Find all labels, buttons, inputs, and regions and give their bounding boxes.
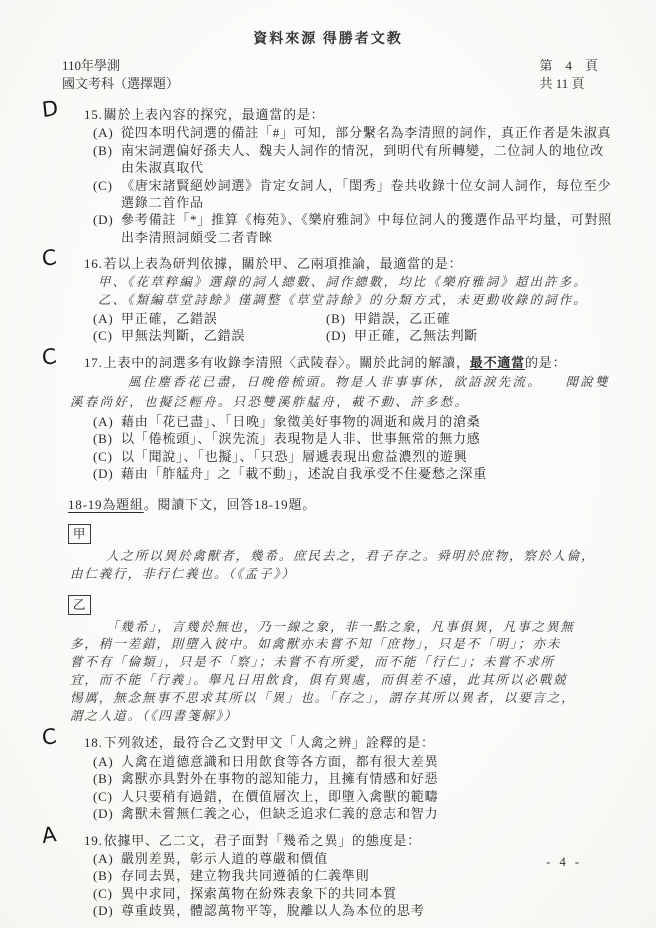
- option-label: (B): [93, 770, 121, 787]
- question-15: D 15.關於上表內容的探究，最適當的是： (A)從四本明代詞選的備註「#」可知…: [34, 106, 614, 246]
- question-16-body: 16.若以上表為研判依據，關於甲、乙兩項推論，最適當的是： 甲、《花草粹編》選錄…: [84, 255, 614, 344]
- wulingchun-poem: 風住塵香花已盡，日晚倦梳頭。物是人非事事休，欲語淚先流。 聞說雙 溪春尚好，也擬…: [70, 373, 614, 412]
- option-text: 甲無法判斷，乙錯誤: [121, 327, 245, 344]
- scanned-exam-page: 資料來源 得勝者文教 110年學測 國文考科（選擇題） 第 4 頁 共 11 頁…: [0, 0, 656, 928]
- stem-text: 關於上表內容的探究，最適當的是：: [104, 107, 325, 122]
- passage-line: 人之所以異於禽獸者，幾希。庶民去之，君子存之。舜明於庶物，察於人倫，: [70, 548, 600, 566]
- question-17-stem: 17.上表中的詞選多有收錄李清照〈武陵春〉。關於此詞的解讀，最不適當的是：: [84, 354, 614, 371]
- handwritten-answer-19: A: [41, 825, 58, 845]
- option-label: (D): [93, 902, 121, 919]
- question-17: C 17.上表中的詞選多有收錄李清照〈武陵春〉。關於此詞的解讀，最不適當的是： …: [34, 354, 614, 483]
- option-text: 《唐宋諸賢絕妙詞選》肯定女詞人，「閨秀」卷共收錄十位女詞人詞作，每位至少選錄二首…: [121, 177, 614, 212]
- passage-yi-tag: 乙: [68, 595, 614, 615]
- option-label: (A): [93, 850, 121, 867]
- option-label: (D): [93, 805, 121, 822]
- option-text: 尊重歧異，體認萬物平等，脫離以人為本位的思考: [121, 902, 614, 919]
- option-text: 異中求同，探索萬物在紛殊表象下的共同本質: [121, 885, 614, 902]
- option-row: (C)甲無法判斷，乙錯誤: [93, 327, 326, 344]
- option-text: 嚴別差異，彰示人道的尊嚴和價值: [121, 850, 614, 867]
- option-row: (D)甲正確，乙無法判斷: [326, 327, 614, 344]
- page-footer-number: - 4 -: [546, 855, 582, 870]
- stem-text: 依據甲、乙二文，君子面對「幾希之異」的態度是：: [104, 833, 421, 848]
- passage-tag-box: 甲: [68, 524, 91, 544]
- option-text: 藉由「舴艋舟」之「載不動」，述說自我承受不住憂愁之深重: [121, 465, 614, 482]
- stem-text-before: 上表中的詞選多有收錄李清照〈武陵春〉。關於此詞的解讀，: [104, 355, 470, 370]
- option-row: (A)甲正確，乙錯誤: [93, 310, 326, 327]
- option-label: (C): [93, 448, 121, 465]
- option-label: (A): [93, 124, 121, 141]
- handwritten-answer-16: C: [41, 249, 58, 269]
- option-label: (A): [93, 310, 121, 327]
- exam-subject: 國文考科（選擇題）: [62, 75, 179, 93]
- question-16: C 16.若以上表為研判依據，關於甲、乙兩項推論，最適當的是： 甲、《花草粹編》…: [34, 255, 614, 344]
- option-label: (C): [93, 327, 121, 344]
- option-label: (B): [326, 310, 354, 327]
- poem-line: 風住塵香花已盡，日晚倦梳頭。物是人非事事休，欲語淚先流。 聞說雙: [70, 373, 614, 393]
- poem-line: 溪春尚好，也擬泛輕舟。只恐雙溪舴艋舟，載不動、許多愁。: [70, 393, 614, 413]
- option-text: 參考備註「*」推算《梅苑》、《樂府雅詞》中每位詞人的獲選作品平均量，可對照出李清…: [121, 211, 614, 246]
- question-number: 16.: [84, 256, 103, 271]
- question-number: 15.: [84, 107, 103, 122]
- question-15-stem: 15.關於上表內容的探究，最適當的是：: [84, 106, 614, 123]
- option-text: 存同去異，建立物我共同遵循的仁義準則: [121, 867, 614, 884]
- passage-line: 由仁義行，非行仁義也。（《孟子》）: [70, 566, 600, 584]
- option-text: 人只要稍有過錯，在價值層次上，即墮入禽獸的範疇: [121, 788, 614, 805]
- option-row: (B)禽獸亦具對外在事物的認知能力，且擁有情感和好惡: [93, 770, 614, 787]
- passage-line: 謂之人道。（《四書箋解》）: [70, 708, 600, 726]
- passage-yi: 「幾希」，言幾於無也，乃一線之象，非一點之象，凡事俱異，凡事之異無 多，稍一差錯…: [70, 619, 600, 726]
- option-text: 南宋詞選偏好孫夫人、魏夫人詞作的情況，到明代有所轉變，二位詞人的地位改由朱淑真取…: [121, 142, 614, 177]
- option-text: 禽獸亦具對外在事物的認知能力，且擁有情感和好惡: [121, 770, 614, 787]
- question-17-options: (A)藉由「花已盡」、「日晚」象徵美好事物的凋逝和歲月的滄桑 (B)以「倦梳頭」…: [93, 413, 614, 483]
- question-number: 18.: [84, 735, 103, 750]
- option-row: (B)南宋詞選偏好孫夫人、魏夫人詞作的情況，到明代有所轉變，二位詞人的地位改由朱…: [93, 142, 614, 177]
- option-text: 甲正確，乙錯誤: [121, 310, 218, 327]
- exam-header-left: 110年學測 國文考科（選擇題）: [62, 57, 179, 93]
- exam-header: 110年學測 國文考科（選擇題） 第 4 頁 共 11 頁: [62, 57, 598, 93]
- option-label: (D): [93, 465, 121, 482]
- handwritten-answer-17: C: [41, 347, 58, 367]
- question-19-options: (A)嚴別差異，彰示人道的尊嚴和價值 (B)存同去異，建立物我共同遵循的仁義準則…: [93, 850, 614, 920]
- stem-text-after: 的是：: [525, 355, 566, 370]
- passage-line: 宜，而不能「行義」。舉凡日用飲食，俱有異處，而俱差不遠，此其所以必戰兢: [70, 672, 600, 690]
- option-label: (D): [93, 211, 121, 246]
- option-text: 禽獸未嘗無仁義之心，但缺乏追求仁義的意志和智力: [121, 805, 614, 822]
- option-row: (D)禽獸未嘗無仁義之心，但缺乏追求仁義的意志和智力: [93, 805, 614, 822]
- handwritten-answer-18: C: [41, 728, 58, 748]
- exam-name: 110年學測: [62, 57, 179, 75]
- source-title: 資料來源 得勝者文教: [0, 0, 656, 48]
- option-label: (A): [93, 753, 121, 770]
- premise-jia: 甲、《花草粹編》選錄的詞人總數、詞作總數，均比《樂府雅詞》超出許多。: [98, 273, 614, 292]
- option-row: (C)以「聞說」、「也擬」、「只恐」層遞表現出愈益濃烈的遊興: [93, 448, 614, 465]
- question-16-options: (A)甲正確，乙錯誤 (B)甲錯誤，乙正確 (C)甲無法判斷，乙錯誤 (D)甲正…: [93, 310, 614, 345]
- option-text: 以「聞說」、「也擬」、「只恐」層遞表現出愈益濃烈的遊興: [121, 448, 614, 465]
- option-row: (D)藉由「舴艋舟」之「載不動」，述說自我承受不住憂愁之深重: [93, 465, 614, 482]
- question-16-premises: 甲、《花草粹編》選錄的詞人總數、詞作總數，均比《樂府雅詞》超出許多。 乙、《類編…: [98, 273, 614, 310]
- stem-text: 若以上表為研判依據，關於甲、乙兩項推論，最適當的是：: [104, 256, 463, 271]
- premise-yi: 乙、《類編草堂詩餘》僅調整《草堂詩餘》的分類方式，未更動收錄的詞作。: [98, 291, 614, 310]
- answer-gutter-19: A: [34, 832, 84, 920]
- option-label: (B): [93, 867, 121, 884]
- option-text: 以「倦梳頭」、「淚先流」表現物是人非、世事無常的無力感: [121, 430, 614, 447]
- question-19: A 19.依據甲、乙二文，君子面對「幾希之異」的態度是： (A)嚴別差異，彰示人…: [34, 832, 614, 920]
- option-row: (A)嚴別差異，彰示人道的尊嚴和價值: [93, 850, 614, 867]
- group-range-underlined: 18-19為題組: [68, 497, 144, 512]
- option-row: (D)尊重歧異，體認萬物平等，脫離以人為本位的思考: [93, 902, 614, 919]
- question-18-body: 18.下列敘述，最符合乙文對甲文「人禽之辨」詮釋的是： (A)人禽在道德意識和日…: [84, 734, 614, 822]
- option-row: (A)從四本明代詞選的備註「#」可知，部分繫名為李清照的詞作，真正作者是朱淑真: [93, 124, 614, 141]
- question-16-stem: 16.若以上表為研判依據，關於甲、乙兩項推論，最適當的是：: [84, 255, 614, 272]
- passage-line: 多，稍一差錯，則墮入彼中。如禽獸亦未嘗不知「庶物」，只是不「明」；亦未: [70, 636, 600, 654]
- answer-gutter-16: C: [34, 255, 84, 344]
- passage-line: 「幾希」，言幾於無也，乃一線之象，非一點之象，凡事俱異，凡事之異無: [70, 619, 600, 637]
- group-instruction: 。閱讀下文，回答18-19題。: [144, 497, 316, 512]
- stem-text: 下列敘述，最符合乙文對甲文「人禽之辨」詮釋的是：: [104, 735, 435, 750]
- option-row: (B)以「倦梳頭」、「淚先流」表現物是人非、世事無常的無力感: [93, 430, 614, 447]
- passage-line: 嘗不有「倫類」，只是不「察」；未嘗不有所愛，而不能「行仁」；未嘗不求所: [70, 654, 600, 672]
- question-group-header: 18-19為題組。閱讀下文，回答18-19題。: [68, 496, 614, 513]
- option-label: (C): [93, 788, 121, 805]
- question-number: 17.: [84, 355, 103, 370]
- answer-gutter-15: D: [34, 106, 84, 246]
- option-label: (D): [326, 327, 354, 344]
- exam-header-right: 第 4 頁 共 11 頁: [539, 57, 598, 93]
- passage-jia: 人之所以異於禽獸者，幾希。庶民去之，君子存之。舜明於庶物，察於人倫， 由仁義行，…: [70, 548, 600, 584]
- question-19-body: 19.依據甲、乙二文，君子面對「幾希之異」的態度是： (A)嚴別差異，彰示人道的…: [84, 832, 614, 920]
- option-row: (C)人只要稍有過錯，在價值層次上，即墮入禽獸的範疇: [93, 788, 614, 805]
- question-number: 19.: [84, 833, 103, 848]
- option-text: 甲錯誤，乙正確: [354, 310, 451, 327]
- handwritten-answer-15: D: [41, 100, 60, 120]
- option-label: (C): [93, 885, 121, 902]
- option-text: 人禽在道德意識和日用飲食等各方面，都有很大差異: [121, 753, 614, 770]
- page-number-label: 第 4 頁: [539, 57, 598, 75]
- option-label: (B): [93, 430, 121, 447]
- option-row: (B)存同去異，建立物我共同遵循的仁義準則: [93, 867, 614, 884]
- question-18-stem: 18.下列敘述，最符合乙文對甲文「人禽之辨」詮釋的是：: [84, 734, 614, 751]
- option-text: 從四本明代詞選的備註「#」可知，部分繫名為李清照的詞作，真正作者是朱淑真: [121, 124, 614, 141]
- question-19-stem: 19.依據甲、乙二文，君子面對「幾希之異」的態度是：: [84, 832, 614, 849]
- option-text: 甲正確，乙無法判斷: [354, 327, 478, 344]
- passage-jia-tag: 甲: [68, 524, 614, 544]
- exam-body: D 15.關於上表內容的探究，最適當的是： (A)從四本明代詞選的備註「#」可知…: [34, 106, 614, 920]
- option-row: (B)甲錯誤，乙正確: [326, 310, 614, 327]
- option-row: (D)參考備註「*」推算《梅苑》、《樂府雅詞》中每位詞人的獲選作品平均量，可對照…: [93, 211, 614, 246]
- page-total-label: 共 11 頁: [539, 75, 598, 93]
- question-18-options: (A)人禽在道德意識和日用飲食等各方面，都有很大差異 (B)禽獸亦具對外在事物的…: [93, 753, 614, 823]
- stem-emphasis: 最不適當: [470, 355, 525, 370]
- option-label: (B): [93, 142, 121, 177]
- passage-tag-box: 乙: [68, 595, 91, 615]
- passage-line: 惕厲，無念無事不思求其所以「異」也。「存之」，謂存其所以異者，以要言之，: [70, 690, 600, 708]
- option-label: (A): [93, 413, 121, 430]
- question-17-body: 17.上表中的詞選多有收錄李清照〈武陵春〉。關於此詞的解讀，最不適當的是： 風住…: [84, 354, 614, 483]
- option-text: 藉由「花已盡」、「日晚」象徵美好事物的凋逝和歲月的滄桑: [121, 413, 614, 430]
- option-label: (C): [93, 177, 121, 212]
- answer-gutter-17: C: [34, 354, 84, 483]
- option-row: (C)異中求同，探索萬物在紛殊表象下的共同本質: [93, 885, 614, 902]
- option-row: (A)藉由「花已盡」、「日晚」象徵美好事物的凋逝和歲月的滄桑: [93, 413, 614, 430]
- question-15-options: (A)從四本明代詞選的備註「#」可知，部分繫名為李清照的詞作，真正作者是朱淑真 …: [93, 124, 614, 246]
- option-row: (A)人禽在道德意識和日用飲食等各方面，都有很大差異: [93, 753, 614, 770]
- question-15-body: 15.關於上表內容的探究，最適當的是： (A)從四本明代詞選的備註「#」可知，部…: [84, 106, 614, 246]
- answer-gutter-18: C: [34, 734, 84, 822]
- question-18: C 18.下列敘述，最符合乙文對甲文「人禽之辨」詮釋的是： (A)人禽在道德意識…: [34, 734, 614, 822]
- option-row: (C)《唐宋諸賢絕妙詞選》肯定女詞人，「閨秀」卷共收錄十位女詞人詞作，每位至少選…: [93, 177, 614, 212]
